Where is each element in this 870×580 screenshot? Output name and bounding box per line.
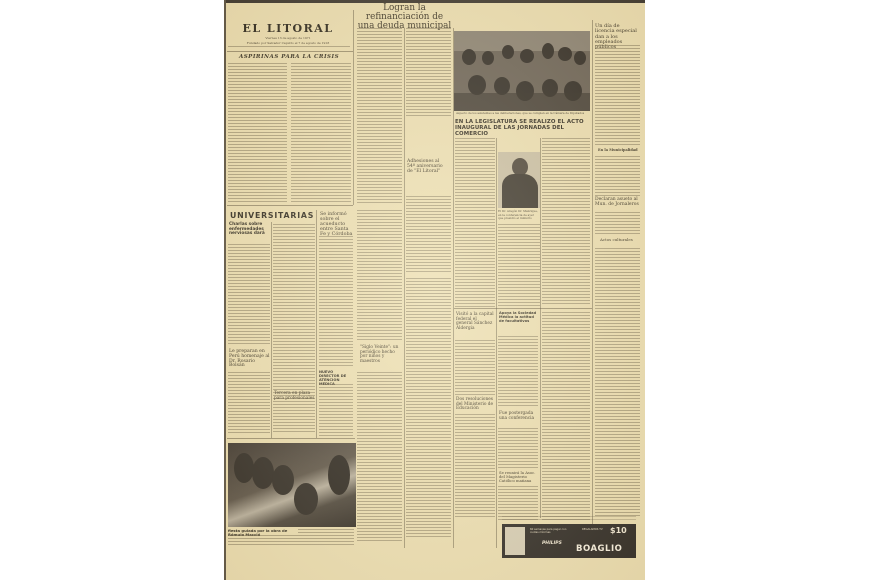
article-body-middle — [357, 210, 402, 340]
article-body-feriado — [595, 212, 640, 236]
article-body-adhesiones — [406, 196, 451, 274]
article-body-legislatura-col2 — [498, 224, 540, 306]
photo-portrait — [498, 152, 540, 208]
article-body-visita — [455, 340, 495, 395]
headline-sigloveinte: "Siglo Veinte": un periódico hecho por n… — [360, 346, 400, 364]
article-body-col7 — [542, 312, 590, 520]
article-body-legislatura-col3 — [542, 138, 590, 306]
article-body-postergada — [498, 428, 538, 468]
article-body-acueducto — [319, 236, 353, 366]
photo-caption-legislatura: Aspecto de los asistentes a las delibera… — [456, 112, 588, 116]
newspaper-page: EL LITORAL Viernes 13 de agosto de 1971 … — [224, 0, 645, 580]
headline-tercera: Tercera en plaza para profesionales — [274, 392, 316, 401]
headline-postergada: Fue postergada una conferencia — [499, 412, 539, 421]
article-body-aspirinas-col2 — [291, 63, 351, 203]
article-body-above-ad — [502, 516, 636, 522]
headline-sociedad: Apoya la Sociedad Médica la actitud de f… — [499, 312, 539, 324]
article-body-universitarias-col2 — [273, 224, 315, 434]
article-body-actos — [595, 248, 640, 518]
ad-brand: PHILIPS — [542, 541, 562, 546]
ad-offer: REGALAMOS TV — [582, 528, 606, 531]
ad-product-image — [505, 527, 525, 555]
ad-tagline: 60 semanas para pagar con cuotas mínimas — [530, 528, 574, 534]
photo-exhibition — [228, 443, 356, 527]
caption-exhibition-tail — [298, 529, 354, 533]
masthead-info-line — [228, 46, 350, 49]
headline-feriado: Declaran asueto al Mun. de Jornaleros — [595, 198, 640, 207]
headline-legislatura: EN LA LEGISLATURA SE REALIZO EL ACTO INA… — [455, 120, 590, 138]
article-body-aspirinas-col1 — [228, 63, 287, 203]
headline-resoluciones: Dos resoluciones del Ministerio de Educa… — [456, 398, 494, 412]
subhead-universitarias: Charlas sobre enfermedades nerviosas dar… — [229, 223, 271, 237]
article-body-universitarias-col1 — [228, 244, 270, 344]
masthead-title: EL LITORAL — [224, 22, 352, 35]
article-body-asociacion — [498, 486, 538, 520]
article-body-director — [319, 384, 353, 436]
ad-store-name: BOAGLIO — [576, 544, 622, 554]
masthead-dateline: Viernes 13 de agosto de 1971 — [234, 36, 342, 40]
headline-acueducto: Se informó sobre el acueducto entre Sant… — [320, 212, 354, 237]
article-body-sigloveinte — [357, 372, 402, 542]
headline-peru: Le preparan en Perú homenaje al Dr. Rosa… — [229, 350, 271, 369]
article-body-licencia — [595, 45, 640, 145]
headline-aspirinas: ASPIRINAS PARA LA CRISIS — [234, 54, 344, 60]
article-body-legislatura-col1 — [455, 138, 495, 308]
article-body-peru — [228, 372, 270, 434]
article-body-col4 — [406, 278, 451, 538]
article-body-exhibition — [228, 535, 354, 547]
ad-price: $10 — [610, 526, 627, 535]
photo-legislatura — [454, 31, 590, 111]
headline-asociacion: Se reunirá la Asoc. del Magisterio Catól… — [499, 471, 539, 483]
article-body-refinanciacion-col1 — [357, 28, 402, 203]
article-body-sociedad — [498, 336, 538, 408]
headline-municipalidad: En la Municipalidad — [598, 149, 638, 153]
photo-caption-portrait: El Dr. Aragón Dr. Manrique, en la confer… — [498, 210, 540, 221]
article-body-resoluciones — [455, 414, 495, 519]
headline-universitarias: UNIVERSITARIAS — [230, 212, 318, 221]
masthead-subline: Fundado por Salvador Caputto el 7 de ago… — [234, 41, 342, 45]
headline-adhesiones: Adhesiones al 54º aniversario de "El Lit… — [407, 160, 447, 174]
headline-actos: Actos culturales — [600, 238, 640, 242]
headline-visita: Visitó a la capital federal el general S… — [456, 313, 494, 331]
article-body-municipalidad — [595, 156, 640, 196]
advertisement-boaglio: 60 semanas para pagar con cuotas mínimas… — [502, 524, 636, 558]
article-body-refinanciacion-col2 — [406, 28, 451, 118]
